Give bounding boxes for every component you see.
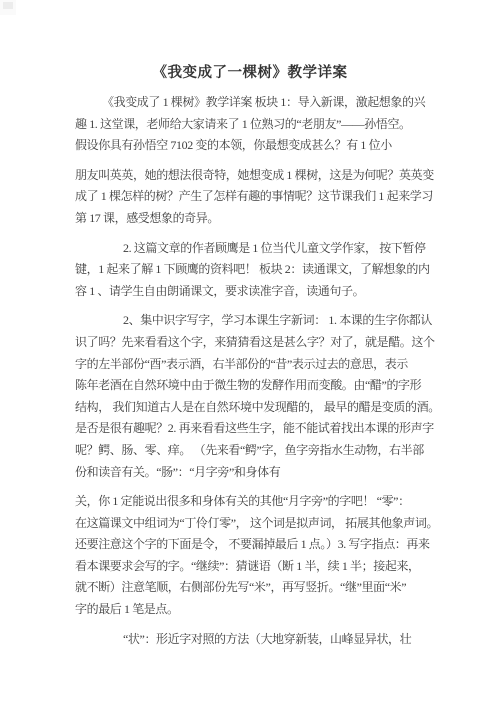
text-line: 容 1 、请学生自由朗诵课文，要求读准字音，读通句子。 [75, 281, 435, 303]
text-line: 键，1 起来了解 1 下顾鹰的资料吧！ 板块 2：读通课文，了解想象的内 [75, 259, 435, 281]
document-page: 《我变成了一棵树》教学详案 《我变成了 1 棵树》教学详案 板块 1：导入新课，… [0, 0, 500, 708]
text-line: 在这篇课文中组词为“丁伶仃零”， 这个词是拟声词， 拓展其他象声词。 [75, 513, 435, 535]
paragraph: 2. 这篇文章的作者顾鹰是 1 位当代儿童文学作家， 按下暂停键，1 起来了解 … [75, 238, 435, 303]
text-line: 2、集中识字写字，学习本课生字新词： 1. 本课的生字你都认 [75, 310, 435, 332]
text-line: 《我变成了 1 棵树》教学详案 板块 1：导入新课，激起想象的兴 [75, 92, 435, 114]
text-line: 关，你 1 定能说出很多和身体有关的其他“月字旁”的字吧！ “零”： [75, 491, 435, 513]
paragraph: 朋友叫英英，她的想法很奇特，她想变成 1 棵树，这是为何呢？英英变成了 1 棵怎… [75, 165, 435, 230]
text-line: 陈年老酒在自然环境中由于微生物的发酵作用而变酸。由“醋”的字形 [75, 375, 435, 397]
text-line: 第 17 课，感受想象的奇异。 [75, 208, 435, 230]
text-line: 看本课要求会写的字。“继续”：猜谜语（断 1 半，续 1 半；接起来， [75, 556, 435, 578]
page-title: 《我变成了一棵树》教学详案 [0, 61, 500, 82]
paragraph: 关，你 1 定能说出很多和身体有关的其他“月字旁”的字吧！ “零”：在这篇课文中… [75, 491, 435, 621]
text-line: 趣 1. 这堂课，老师给大家请来了 1 位熟习的“老朋友”——孙悟空。 [75, 114, 435, 136]
text-line: 结构， 我们知道古人是在自然环境中发现醋的， 最早的醋是变质的酒。 [75, 397, 435, 419]
text-line: 识了吗？先来看看这个字，来猜猜看这是甚么字？对了，就是醋。这个 [75, 332, 435, 354]
text-line: 字的左半部份“酉”表示酒，右半部份的“昔”表示过去的意思，表示 [75, 354, 435, 376]
text-line: 还要注意这个字的下面是令， 不要漏掉最后 1 点。）3. 写字指点：再来 [75, 534, 435, 556]
text-line: 字的最后 1 笔是点。 [75, 599, 435, 621]
text-line: 成了 1 棵怎样的树？产生了怎样有趣的事情呢？这节课我们 1 起来学习 [75, 186, 435, 208]
scan-smudge [3, 2, 13, 9]
text-line: 2. 这篇文章的作者顾鹰是 1 位当代儿童文学作家， 按下暂停 [75, 238, 435, 260]
text-line: 假设你具有孙悟空 7102 变的本领，你最想变成甚么？有 1 位小 [75, 135, 435, 157]
paragraph: 《我变成了 1 棵树》教学详案 板块 1：导入新课，激起想象的兴趣 1. 这堂课… [75, 92, 435, 157]
paragraph: 2、集中识字写字，学习本课生字新词： 1. 本课的生字你都认识了吗？先来看看这个… [75, 310, 435, 483]
document-body: 《我变成了 1 棵树》教学详案 板块 1：导入新课，激起想象的兴趣 1. 这堂课… [75, 92, 435, 658]
text-line: 份和读音有关。“肠”：“月字旁”和身体有 [75, 462, 435, 484]
text-line: 呢？鳄、肠、零、痒。 （先来看“鳄”字，鱼字旁指水生动物，右半部 [75, 440, 435, 462]
text-line: 就不断）注意笔顺，右侧部份先写“米”，再写竖折。“继”里面“米” [75, 577, 435, 599]
scan-corner-artifact [0, 0, 16, 15]
text-line: 朋友叫英英，她的想法很奇特，她想变成 1 棵树，这是为何呢？英英变 [75, 165, 435, 187]
text-line: “状”：形近字对照的方法（大地穿新装，山峰显异状，壮 [75, 629, 435, 651]
paragraph: “状”：形近字对照的方法（大地穿新装，山峰显异状，壮 [75, 629, 435, 651]
text-line: 是否是很有趣呢？2. 再来看看这些生字，能不能试着找出本课的形声字 [75, 418, 435, 440]
